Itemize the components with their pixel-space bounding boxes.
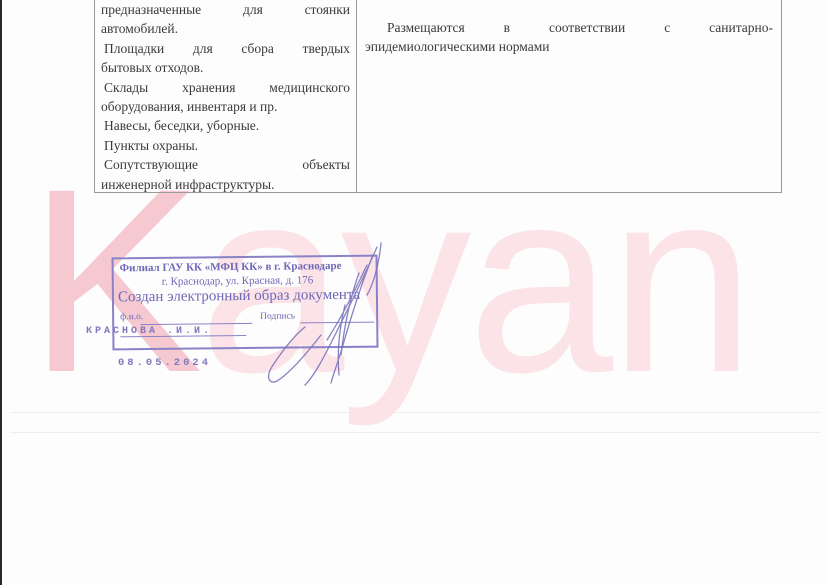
cell-paragraph: предназначенные для стоянки: [101, 0, 350, 19]
table-cell-object-types: предназначенные для стоянки автомобилей.…: [95, 0, 357, 192]
cell-paragraph: Пункты охраны.: [101, 136, 350, 155]
document-table: предназначенные для стоянки автомобилей.…: [94, 0, 782, 193]
cell-paragraph: Склады хранения медицинского: [101, 78, 350, 97]
scan-artifact: [10, 412, 820, 413]
scan-artifact: [10, 432, 820, 433]
table-cell-placement-rules: Размещаются в соответствии с санитарно- …: [357, 0, 781, 192]
cell-paragraph: Навесы, беседки, уборные.: [101, 116, 350, 135]
page-left-border: [0, 0, 2, 585]
stamp-date: 08.05.2024: [118, 357, 211, 369]
cell-paragraph: инженерной инфраструктуры.: [101, 175, 350, 194]
handwritten-signature-icon: [255, 235, 395, 395]
cell-paragraph: автомобилей.: [101, 19, 350, 38]
cell-paragraph: эпидемиологическими нормами: [365, 37, 773, 56]
cell-paragraph: бытовых отходов.: [101, 58, 350, 77]
cell-paragraph: Площадки для сбора твердых: [101, 39, 350, 58]
stamp-fio-line: [140, 323, 252, 325]
stamp-clerk-name: КРАСНОВА .И.И.: [86, 326, 212, 337]
cell-paragraph: оборудования, инвентаря и пр.: [101, 97, 350, 116]
stamp-fio-label: ф.и.о.: [120, 312, 143, 322]
cell-paragraph: Сопутствующие объекты: [101, 155, 350, 174]
document-page: Kayan предназначенные для стоянки автомо…: [0, 0, 828, 585]
cell-paragraph: Размещаются в соответствии с санитарно-: [365, 18, 773, 37]
